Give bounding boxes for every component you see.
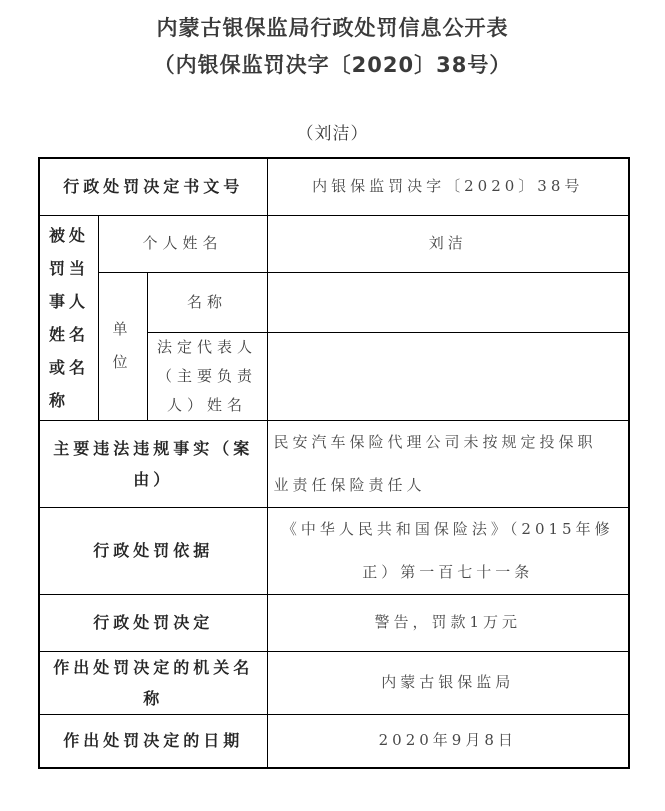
org-name-label: 名称 — [147, 272, 267, 332]
authority-label: 作出处罚决定的机关名称 — [39, 651, 267, 714]
individual-name-label: 个人姓名 — [98, 215, 267, 272]
individual-name-value: 刘洁 — [267, 215, 629, 272]
penalized-person-heading: （刘洁） — [0, 122, 665, 146]
facts-value: 民安汽车保险代理公司未按规定投保职 业责任保险责任人 — [267, 420, 629, 507]
document-title-line2: （内银保监罚决字〔2020〕38号） — [0, 47, 665, 84]
table-row: 行政处罚依据 《中华人民共和国保险法》（2015年修 正）第一百七十一条 — [39, 507, 629, 594]
legal-rep-value — [267, 332, 629, 420]
party-label: 被处罚当事人姓名或名称 — [39, 215, 98, 420]
table-row: 行政处罚决定 警告，罚款1万元 — [39, 594, 629, 651]
decision-label: 行政处罚决定 — [39, 594, 267, 651]
doc-number-value: 内银保监罚决字〔2020〕38号 — [267, 158, 629, 215]
document-title-line1: 内蒙古银保监局行政处罚信息公开表 — [0, 10, 665, 47]
decision-value: 警告，罚款1万元 — [267, 594, 629, 651]
basis-value: 《中华人民共和国保险法》（2015年修 正）第一百七十一条 — [267, 507, 629, 594]
org-name-value — [267, 272, 629, 332]
table-row: 主要违法违规事实（案由） 民安汽车保险代理公司未按规定投保职 业责任保险责任人 — [39, 420, 629, 507]
penalty-table: 行政处罚决定书文号 内银保监罚决字〔2020〕38号 被处罚当事人姓名或名称 个… — [38, 157, 630, 769]
date-value: 2020年9月8日 — [267, 714, 629, 768]
legal-rep-label: 法定代表人（主要负责人）姓名 — [147, 332, 267, 420]
authority-value: 内蒙古银保监局 — [267, 651, 629, 714]
table-row: 作出处罚决定的机关名称 内蒙古银保监局 — [39, 651, 629, 714]
facts-label: 主要违法违规事实（案由） — [39, 420, 267, 507]
table-row: 行政处罚决定书文号 内银保监罚决字〔2020〕38号 — [39, 158, 629, 215]
doc-number-label: 行政处罚决定书文号 — [39, 158, 267, 215]
table-row: 作出处罚决定的日期 2020年9月8日 — [39, 714, 629, 768]
date-label: 作出处罚决定的日期 — [39, 714, 267, 768]
table-row: 被处罚当事人姓名或名称 个人姓名 刘洁 — [39, 215, 629, 272]
penalty-disclosure-document: 内蒙古银保监局行政处罚信息公开表 （内银保监罚决字〔2020〕38号） （刘洁）… — [0, 0, 665, 811]
document-title: 内蒙古银保监局行政处罚信息公开表 （内银保监罚决字〔2020〕38号） — [0, 0, 665, 84]
basis-label: 行政处罚依据 — [39, 507, 267, 594]
org-label: 单位 — [98, 272, 147, 420]
table-row: 单位 名称 — [39, 272, 629, 332]
